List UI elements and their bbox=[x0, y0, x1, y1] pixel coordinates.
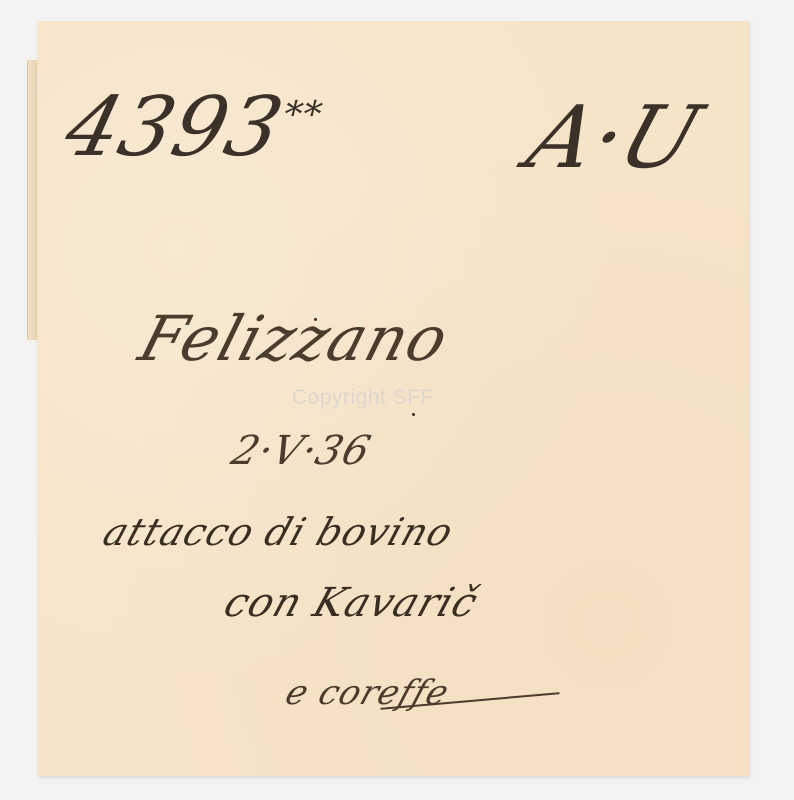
catalog-number: 4393** bbox=[56, 80, 330, 175]
ink-speck bbox=[412, 413, 415, 416]
copyright-watermark: Copyright SFF bbox=[292, 386, 434, 410]
place-name: Felizzano bbox=[132, 302, 457, 375]
note-line-3: e coreffe bbox=[281, 673, 455, 713]
grade-mark: A·U bbox=[516, 88, 713, 188]
note-line-1: attacco di bovino bbox=[98, 510, 459, 554]
ink-speck bbox=[314, 318, 317, 321]
catalog-number-value: 4393 bbox=[56, 80, 292, 175]
note-line-2: con Kavarič bbox=[219, 580, 484, 626]
date: 2·V·36 bbox=[226, 428, 376, 474]
